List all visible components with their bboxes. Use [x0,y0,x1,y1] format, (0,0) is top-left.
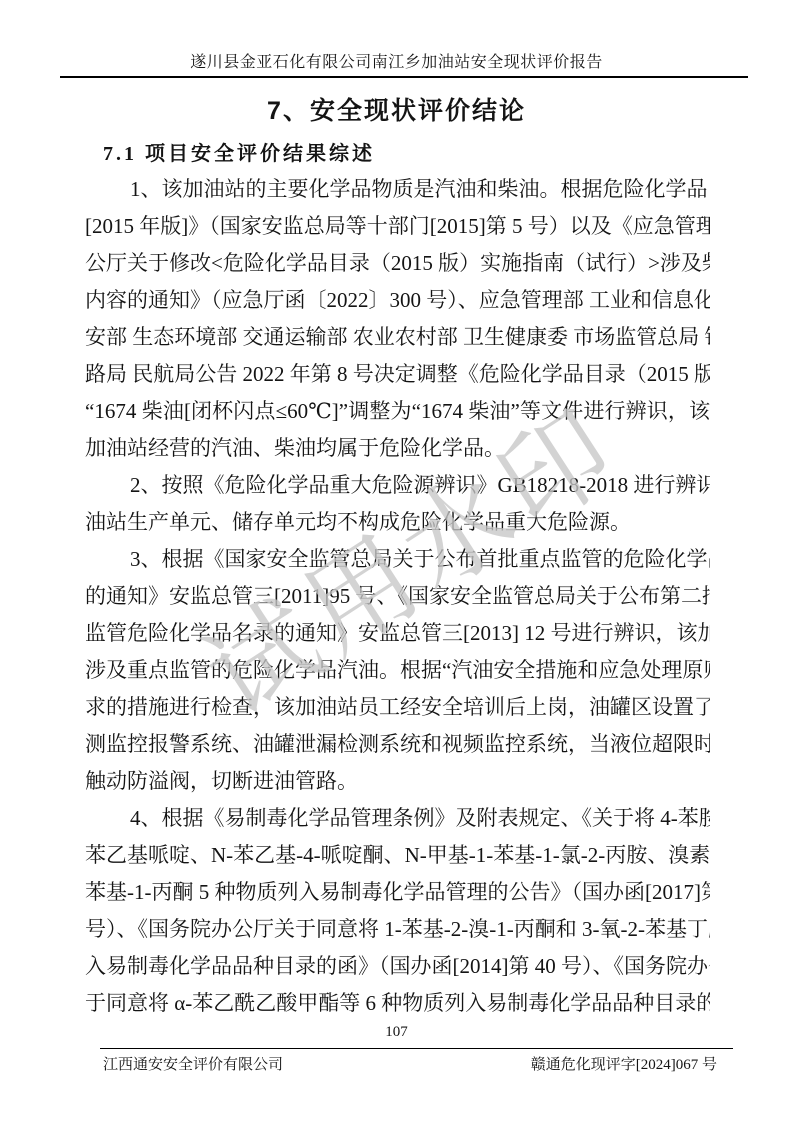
paragraph-4-line: 于同意将 α-苯乙酰乙酸甲酯等 6 种物质列入易制毒化学品品种目录的函》 [85,985,710,1022]
paragraph-1-line: [2015 年版]》（国家安监总局等十部门[2015]第 5 号）以及《应急管理… [85,208,710,245]
paragraph-1-line: 内容的通知》（应急厅函〔2022〕300 号）、应急管理部 工业和信息化部 公 [85,282,710,319]
paragraph-3-line: 测监控报警系统、油罐泄漏检测系统和视频监控系统，当液位超限时报警， [85,726,710,763]
paragraph-1-line: 安部 生态环境部 交通运输部 农业农村部 卫生健康委 市场监管总局 铁 [85,319,710,356]
document-body: 1、该加油站的主要化学品物质是汽油和柴油。根据危险化学品目录 [2015 年版]… [85,171,710,1022]
paragraph-1-line: 路局 民航局公告 2022 年第 8 号决定调整《危险化学品目录（2015 版）… [85,356,710,393]
paragraph-1-line: “1674 柴油[闭杯闪点≤60℃]”调整为“1674 柴油”等文件进行辨识，该 [85,393,710,430]
header-divider [60,76,748,78]
page-header-title: 遂川县金亚石化有限公司南江乡加油站安全现状评价报告 [0,49,793,72]
footer-company: 江西通安安全评价有限公司 [103,1053,283,1074]
document-page: 遂川县金亚石化有限公司南江乡加油站安全现状评价报告 7、安全现状评价结论 7.1… [0,0,793,1122]
chapter-title: 7、安全现状评价结论 [0,91,793,127]
footer-certificate-number: 赣通危化现评字[2024]067 号 [531,1053,717,1074]
paragraph-2-line: 2、按照《危险化学品重大危险源辨识》GB18218-2018 进行辨识，该加 [85,467,710,504]
paragraph-4-line: 号）、《国务院办公厅关于同意将 1-苯基-2-溴-1-丙酮和 3-氧-2-苯基丁… [85,911,710,948]
paragraph-3-line: 涉及重点监管的危险化学品汽油。根据“汽油安全措施和应急处理原则”要 [85,652,710,689]
paragraph-3-line: 触动防溢阀，切断进油管路。 [85,763,710,800]
section-heading: 7.1 项目安全评价结果综述 [103,137,375,166]
paragraph-1-line: 公厅关于修改<危险化学品目录（2015 版）实施指南（试行）>涉及柴油部分 [85,245,710,282]
paragraph-3-line: 求的措施进行检查，该加油站员工经安全培训后上岗，油罐区设置了液位监 [85,689,710,726]
page-footer: 江西通安安全评价有限公司 赣通危化现评字[2024]067 号 [103,1053,717,1074]
paragraph-1-line: 加油站经营的汽油、柴油均属于危险化学品。 [85,430,710,467]
paragraph-4-line: 入易制毒化学品品种目录的函》（国办函[2014]第 40 号）、《国务院办公厅关 [85,948,710,985]
page-number: 107 [0,1024,793,1041]
paragraph-2-line: 油站生产单元、储存单元均不构成危险化学品重大危险源。 [85,504,710,541]
paragraph-3-line: 3、根据《国家安全监管总局关于公布首批重点监管的危险化学品名录 [85,541,710,578]
footer-divider [100,1048,733,1049]
paragraph-4-line: 苯基-1-丙酮 5 种物质列入易制毒化学品管理的公告》（国办函[2017]第 1… [85,874,710,911]
paragraph-3-line: 监管危险化学品名录的通知》安监总管三[2013] 12 号进行辨识，该加油站 [85,615,710,652]
paragraph-1-line: 1、该加油站的主要化学品物质是汽油和柴油。根据危险化学品目录 [85,171,710,208]
paragraph-4-line: 4、根据《易制毒化学品管理条例》及附表规定、《关于将 4-苯胺基-N- [85,800,710,837]
paragraph-3-line: 的通知》安监总管三[2011]95 号、《国家安全监管总局关于公布第二批重点 [85,578,710,615]
paragraph-4-line: 苯乙基哌啶、N-苯乙基-4-哌啶酮、N-甲基-1-苯基-1-氯-2-丙胺、溴素、… [85,837,710,874]
